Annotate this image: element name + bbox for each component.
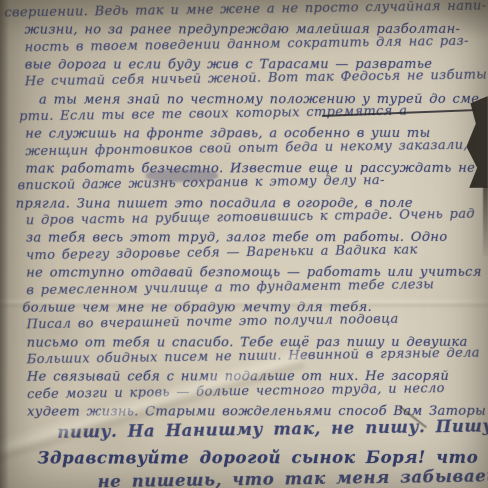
ink-emphasis-smudge — [146, 169, 218, 182]
torn-edge-streak — [483, 186, 488, 256]
handwriting-block: свершении. Ведь так и мне жене а не прос… — [0, 0, 488, 488]
handwriting-line: свершении. Ведь так и мне жене а не прос… — [0, 0, 486, 22]
handwritten-letter-photo: свершении. Ведь так и мне жене а не прос… — [0, 0, 488, 488]
